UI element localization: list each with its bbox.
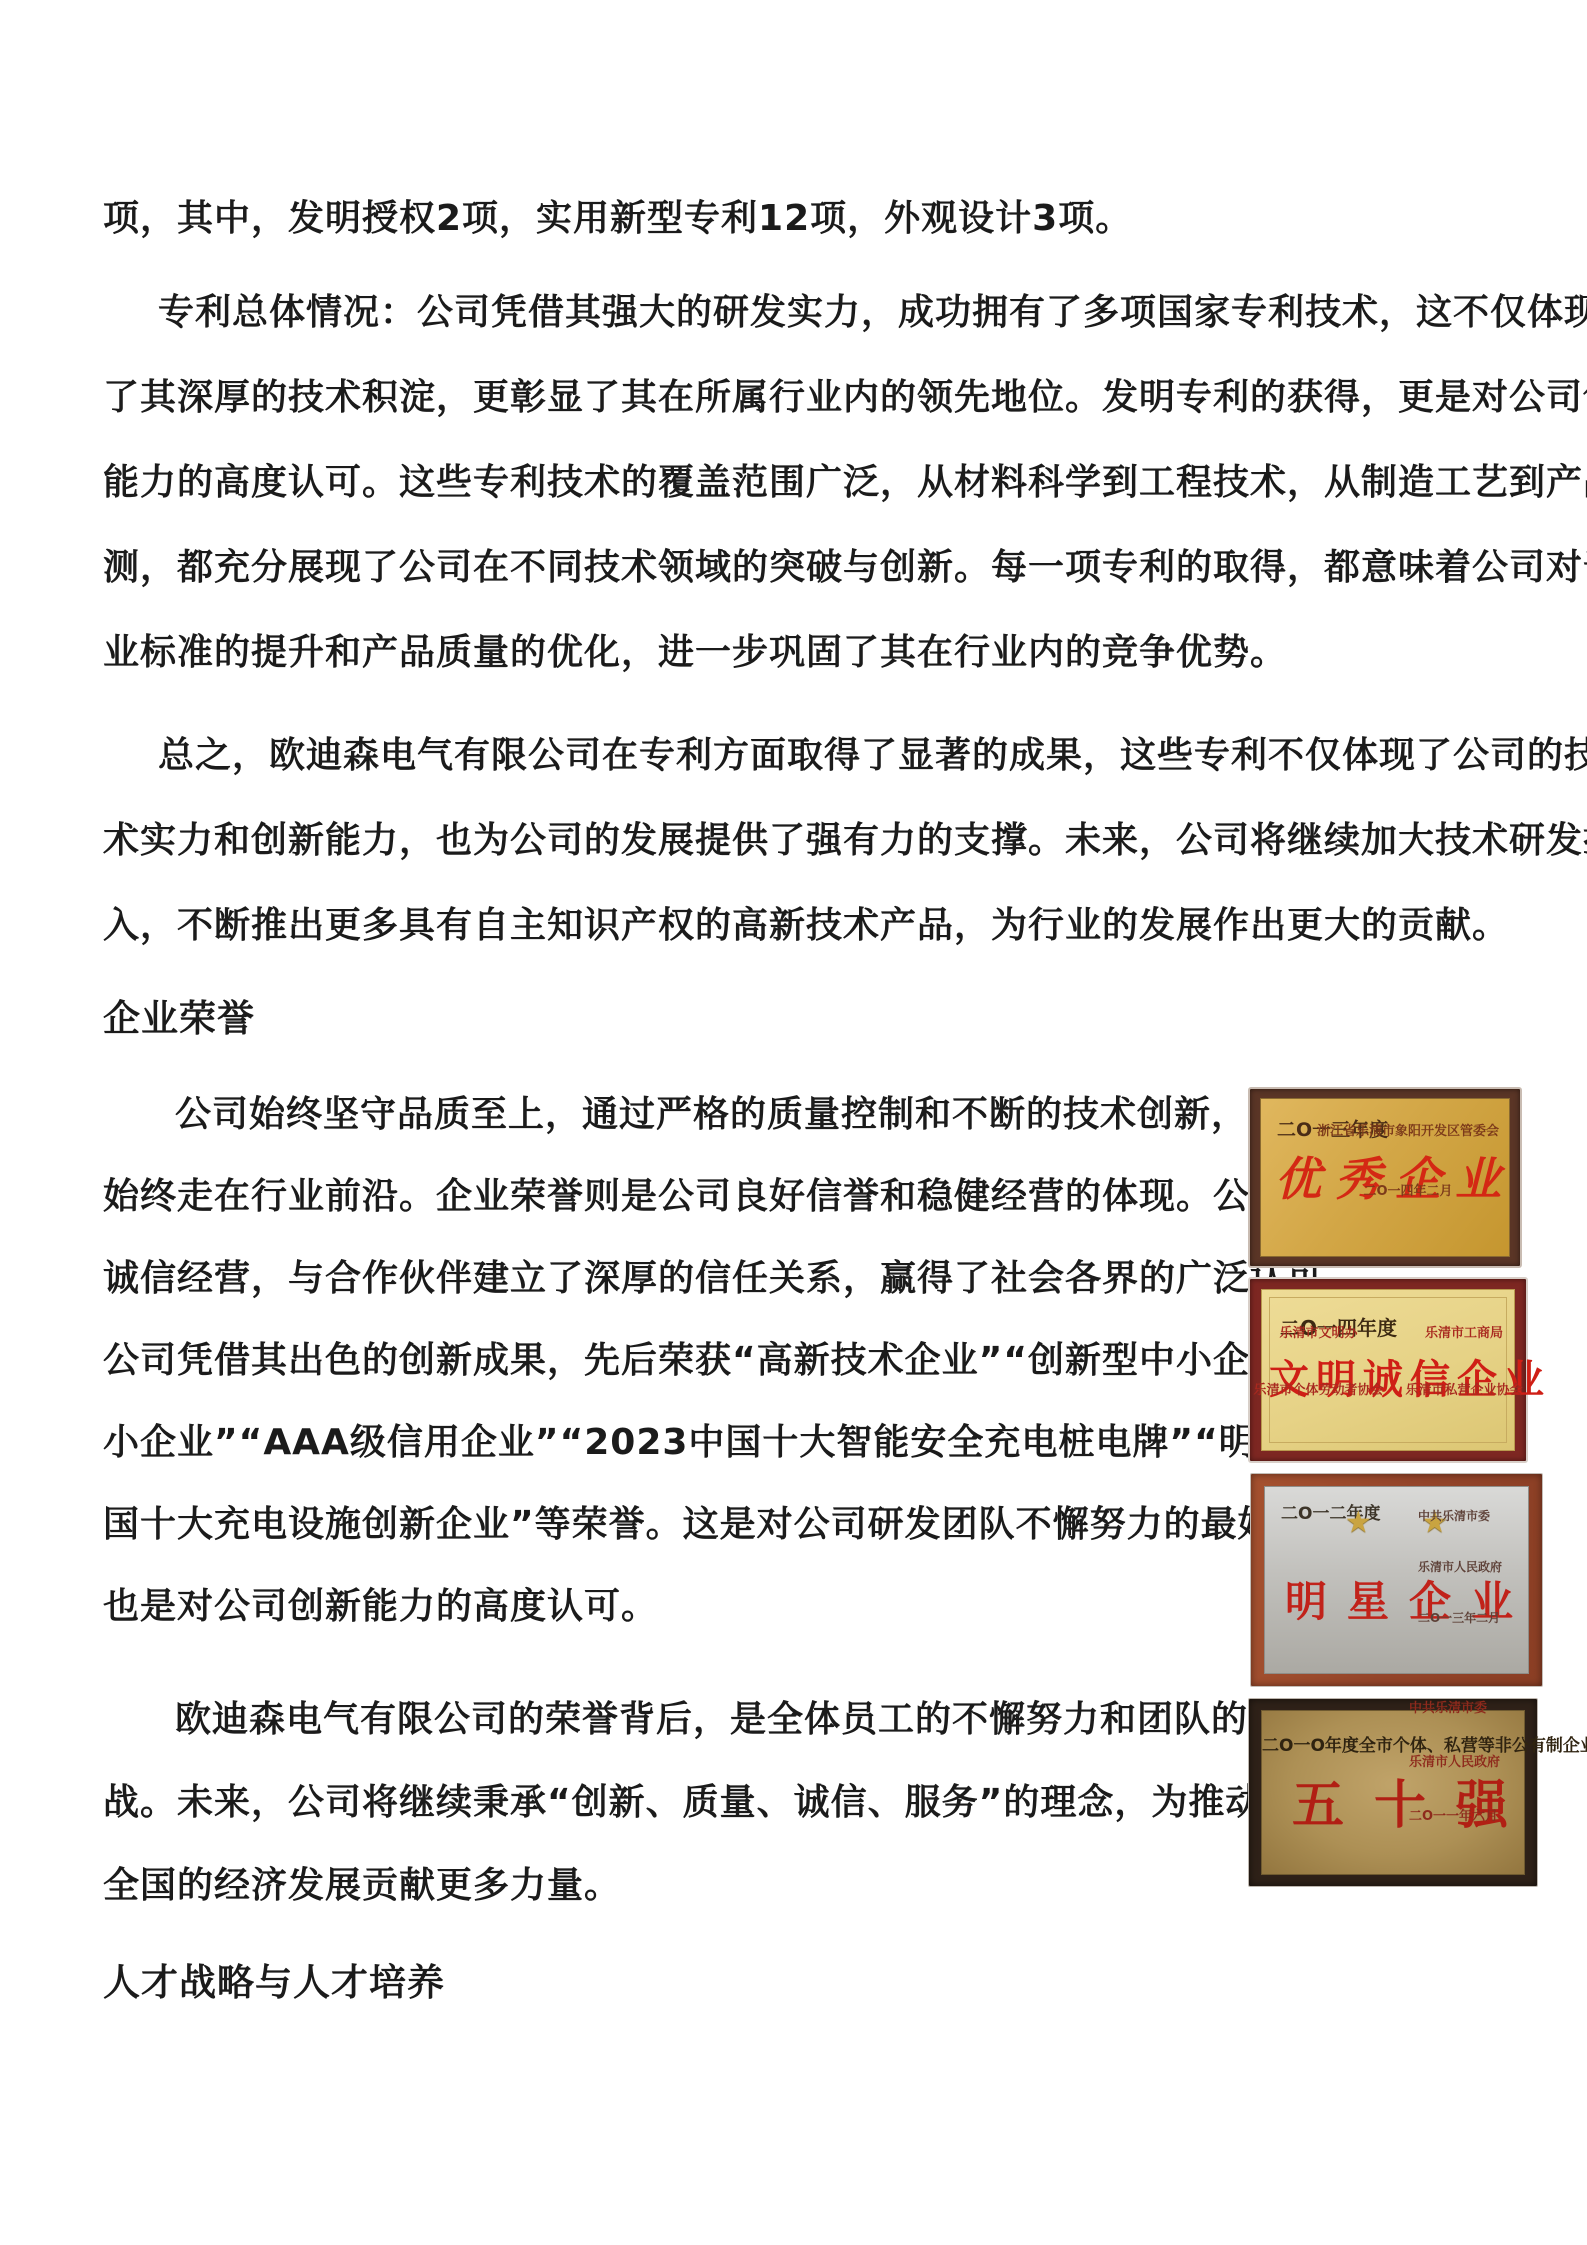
plaque-issuer: 浙江省乐清市象阳开发区管委会 二O一四年二月 (1317, 1082, 1499, 1242)
section-heading-honors: 企业荣誉 (103, 976, 255, 1061)
issuer-line: 中共乐清市委 (1409, 1700, 1500, 1718)
text-line: 全国的经济发展贡献更多力量。 (103, 1844, 1243, 1927)
issuer-line: 乐清市私营企业协会 (1406, 1381, 1523, 1400)
plaque-issuer: 乐清市文明办 乐清市个体劳动者协会 乐清市工商局 乐清市私营企业协会 (1262, 1286, 1514, 1438)
document-page: 项，其中，发明授权2项，实用新型专利12项，外观设计3项。 专利总体情况：公司凭… (0, 0, 1587, 2245)
issuer-line: 乐清市文明办 (1253, 1324, 1383, 1343)
text-line: 国十大充电设施创新企业”等荣誉。这是对公司研发团队不懈努力的最好回报 (103, 1484, 1243, 1566)
plaque-face: 二O一二年度 ★ ★ 明星企业 中共乐清市委 乐清市人民政府 二O一三年二月 (1264, 1486, 1529, 1674)
plaque-face: 二O一O年度全市个体、私营等非公有制企业 五十强 中共乐清市委 乐清市人民政府 … (1261, 1710, 1525, 1875)
award-plaque-star-enterprise: 二O一二年度 ★ ★ 明星企业 中共乐清市委 乐清市人民政府 二O一三年二月 (1250, 1473, 1543, 1687)
issuer-line: 乐清市人民政府 (1418, 1559, 1502, 1576)
award-plaque-civilized-honest-enterprise: 二O一四年度 文明诚信企业 乐清市文明办 乐清市个体劳动者协会 乐清市工商局 乐… (1248, 1277, 1528, 1463)
text-line: 公司凭借其出色的创新成果，先后荣获“高新技术企业”“创新型中小企业”“科技型中 (103, 1320, 1243, 1402)
text-line: 诚信经营，与合作伙伴建立了深厚的信任关系，赢得了社会各界的广泛认可。 (103, 1238, 1243, 1320)
issuer-line: 二O一三年二月 (1418, 1610, 1502, 1627)
issuer-line: 乐清市人民政府 (1409, 1754, 1500, 1772)
text-line: 能力的高度认可。这些专利技术的覆盖范围广泛，从材料科学到工程技术，从制造工艺到产… (103, 440, 1503, 525)
plaque-face: 二O一三年度 优秀企业 浙江省乐清市象阳开发区管委会 二O一四年二月 (1260, 1098, 1510, 1257)
text-line: 欧迪森电气有限公司的荣誉背后，是全体员工的不懈努力和团队的协同作 (103, 1678, 1243, 1761)
text-line: 专利总体情况：公司凭借其强大的研发实力，成功拥有了多项国家专利技术，这不仅体现 (103, 270, 1503, 355)
award-plaque-top-fifty: 二O一O年度全市个体、私营等非公有制企业 五十强 中共乐清市委 乐清市人民政府 … (1248, 1698, 1538, 1887)
paragraph-honors: 公司始终坚守品质至上，通过严格的质量控制和不断的技术创新，确保产品 始终走在行业… (103, 1074, 1243, 1648)
issuer-line: 二O一一年六月 (1409, 1808, 1500, 1826)
paragraph-honors-closing: 欧迪森电气有限公司的荣誉背后，是全体员工的不懈努力和团队的协同作 战。未来，公司… (103, 1678, 1243, 1927)
plaque-face: 二O一四年度 文明诚信企业 乐清市文明办 乐清市个体劳动者协会 乐清市工商局 乐… (1261, 1289, 1515, 1451)
text-line: 公司始终坚守品质至上，通过严格的质量控制和不断的技术创新，确保产品 (103, 1074, 1243, 1156)
award-plaque-excellent-enterprise: 二O一三年度 优秀企业 浙江省乐清市象阳开发区管委会 二O一四年二月 (1248, 1087, 1522, 1268)
text-line: 总之，欧迪森电气有限公司在专利方面取得了显著的成果，这些专利不仅体现了公司的技 (103, 713, 1503, 798)
paragraph-opening: 项，其中，发明授权2项，实用新型专利12项，外观设计3项。 (103, 176, 1503, 261)
text-line: 入，不断推出更多具有自主知识产权的高新技术产品，为行业的发展作出更大的贡献。 (103, 883, 1503, 968)
plaque-issuer: 中共乐清市委 乐清市人民政府 二O一三年二月 (1418, 1474, 1502, 1661)
text-line: 也是对公司创新能力的高度认可。 (103, 1566, 1243, 1648)
text-line: 战。未来，公司将继续秉承“创新、质量、诚信、服务”的理念，为推动地区乃至 (103, 1761, 1243, 1844)
issuer-column: 乐清市工商局 乐清市私营企业协会 (1406, 1286, 1523, 1438)
section-heading-talent: 人才战略与人才培养 (103, 1940, 445, 2025)
text-line: 小企业”“AAA级信用企业”“2023中国十大智能安全充电桩电牌”“明星企业”“… (103, 1402, 1243, 1484)
issuer-line: 乐清市个体劳动者协会 (1253, 1381, 1383, 1400)
issuer-line: 浙江省乐清市象阳开发区管委会 (1317, 1122, 1499, 1142)
text-line: 始终走在行业前沿。企业荣誉则是公司良好信誉和稳健经营的体现。公司注重 (103, 1156, 1243, 1238)
issuer-line: 二O一四年二月 (1317, 1182, 1499, 1202)
plaque-issuer: 中共乐清市委 乐清市人民政府 二O一一年六月 (1409, 1664, 1500, 1862)
issuer-column: 乐清市文明办 乐清市个体劳动者协会 (1253, 1286, 1383, 1438)
text-line: 业标准的提升和产品质量的优化，进一步巩固了其在行业内的竞争优势。 (103, 610, 1503, 695)
text-line: 测，都充分展现了公司在不同技术领域的突破与创新。每一项专利的取得，都意味着公司对… (103, 525, 1503, 610)
issuer-line: 中共乐清市委 (1418, 1508, 1502, 1525)
issuer-line: 乐清市工商局 (1406, 1324, 1523, 1343)
text-line: 项，其中，发明授权2项，实用新型专利12项，外观设计3项。 (103, 176, 1503, 261)
text-line: 了其深厚的技术积淀，更彰显了其在所属行业内的领先地位。发明专利的获得，更是对公司… (103, 355, 1503, 440)
paragraph-patent-overview: 专利总体情况：公司凭借其强大的研发实力，成功拥有了多项国家专利技术，这不仅体现 … (103, 270, 1503, 695)
paragraph-patent-summary: 总之，欧迪森电气有限公司在专利方面取得了显著的成果，这些专利不仅体现了公司的技 … (103, 713, 1503, 968)
text-line: 术实力和创新能力，也为公司的发展提供了强有力的支撑。未来，公司将继续加大技术研发… (103, 798, 1503, 883)
